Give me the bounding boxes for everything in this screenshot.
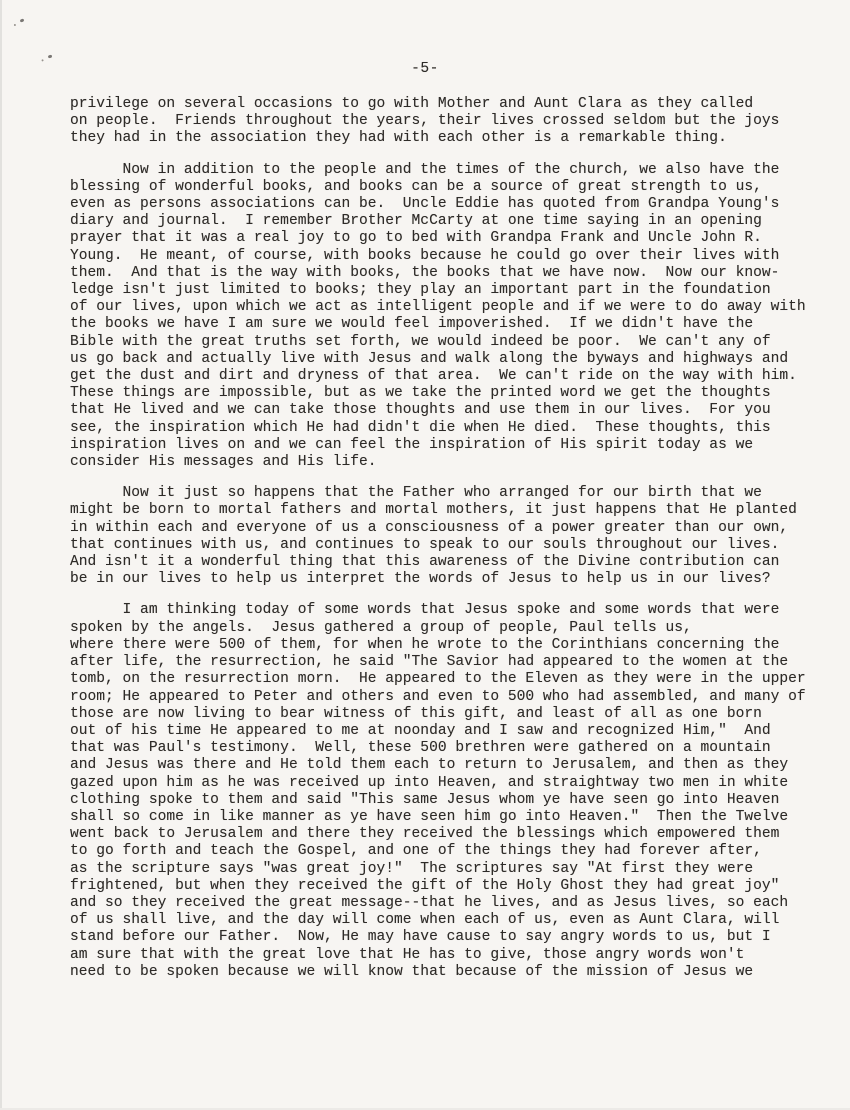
page-number: -5-	[0, 61, 850, 78]
text-line: tomb, on the resurrection morn. He appea…	[70, 671, 830, 688]
text-line: Young. He meant, of course, with books b…	[70, 248, 830, 265]
text-line: ledge isn't just limited to books; they …	[70, 282, 830, 299]
paragraph: Now in addition to the people and the ti…	[70, 162, 830, 472]
text-line: might be born to mortal fathers and mort…	[70, 502, 830, 519]
text-line: inspiration lives on and we can feel the…	[70, 437, 830, 454]
document-body: privilege on several occasions to go wit…	[70, 96, 830, 981]
text-line: and Jesus was there and He told them eac…	[70, 757, 830, 774]
paragraph: privilege on several occasions to go wit…	[70, 96, 830, 148]
scanned-document-page: { "colors": { "paper": "#f7f5f2", "ink":…	[0, 0, 850, 1110]
text-line: Now it just so happens that the Father w…	[70, 485, 830, 502]
text-line: even as persons associations can be. Unc…	[70, 196, 830, 213]
text-line: out of his time He appeared to me at noo…	[70, 723, 830, 740]
text-line: get the dust and dirt and dryness of tha…	[70, 368, 830, 385]
text-line: prayer that it was a real joy to go to b…	[70, 230, 830, 247]
text-line: where there were 500 of them, for when h…	[70, 637, 830, 654]
text-line: spoken by the angels. Jesus gathered a g…	[70, 620, 830, 637]
text-line: that was Paul's testimony. Well, these 5…	[70, 740, 830, 757]
text-line: see, the inspiration which He had didn't…	[70, 420, 830, 437]
text-line: shall so come in like manner as ye have …	[70, 809, 830, 826]
ink-speck	[20, 19, 25, 23]
text-line: went back to Jerusalem and there they re…	[70, 826, 830, 843]
text-line: blessing of wonderful books, and books c…	[70, 179, 830, 196]
text-line: consider His messages and His life.	[70, 454, 830, 471]
text-line: diary and journal. I remember Brother Mc…	[70, 213, 830, 230]
text-line: in within each and everyone of us a cons…	[70, 520, 830, 537]
text-line: us go back and actually live with Jesus …	[70, 351, 830, 368]
text-line: privilege on several occasions to go wit…	[70, 96, 830, 113]
ink-speck	[48, 55, 52, 59]
paragraph: I am thinking today of some words that J…	[70, 602, 830, 980]
text-line: Now in addition to the people and the ti…	[70, 162, 830, 179]
text-line: And isn't it a wonderful thing that this…	[70, 554, 830, 571]
text-line: I am thinking today of some words that J…	[70, 602, 830, 619]
text-line: These things are impossible, but as we t…	[70, 385, 830, 402]
text-line: and so they received the great message--…	[70, 895, 830, 912]
text-line: they had in the association they had wit…	[70, 130, 830, 147]
text-line: the books we have I am sure we would fee…	[70, 316, 830, 333]
text-line: need to be spoken because we will know t…	[70, 964, 830, 981]
text-line: be in our lives to help us interpret the…	[70, 571, 830, 588]
text-line: frightened, but when they received the g…	[70, 878, 830, 895]
text-line: clothing spoke to them and said "This sa…	[70, 792, 830, 809]
text-line: stand before our Father. Now, He may hav…	[70, 929, 830, 946]
text-line: am sure that with the great love that He…	[70, 947, 830, 964]
text-line: them. And that is the way with books, th…	[70, 265, 830, 282]
text-line: Bible with the great truths set forth, w…	[70, 334, 830, 351]
text-line: gazed upon him as he was received up int…	[70, 775, 830, 792]
text-line: those are now living to bear witness of …	[70, 706, 830, 723]
text-line: to go forth and teach the Gospel, and on…	[70, 843, 830, 860]
text-line: that He lived and we can take those thou…	[70, 402, 830, 419]
text-line: as the scripture says "was great joy!" T…	[70, 861, 830, 878]
text-line: of us shall live, and the day will come …	[70, 912, 830, 929]
text-line: of our lives, upon which we act as intel…	[70, 299, 830, 316]
paragraph: Now it just so happens that the Father w…	[70, 485, 830, 588]
text-line: that continues with us, and continues to…	[70, 537, 830, 554]
page-scan-edge-left	[0, 0, 2, 1110]
text-line: after life, the resurrection, he said "T…	[70, 654, 830, 671]
text-line: on people. Friends throughout the years,…	[70, 113, 830, 130]
text-line: room; He appeared to Peter and others an…	[70, 689, 830, 706]
